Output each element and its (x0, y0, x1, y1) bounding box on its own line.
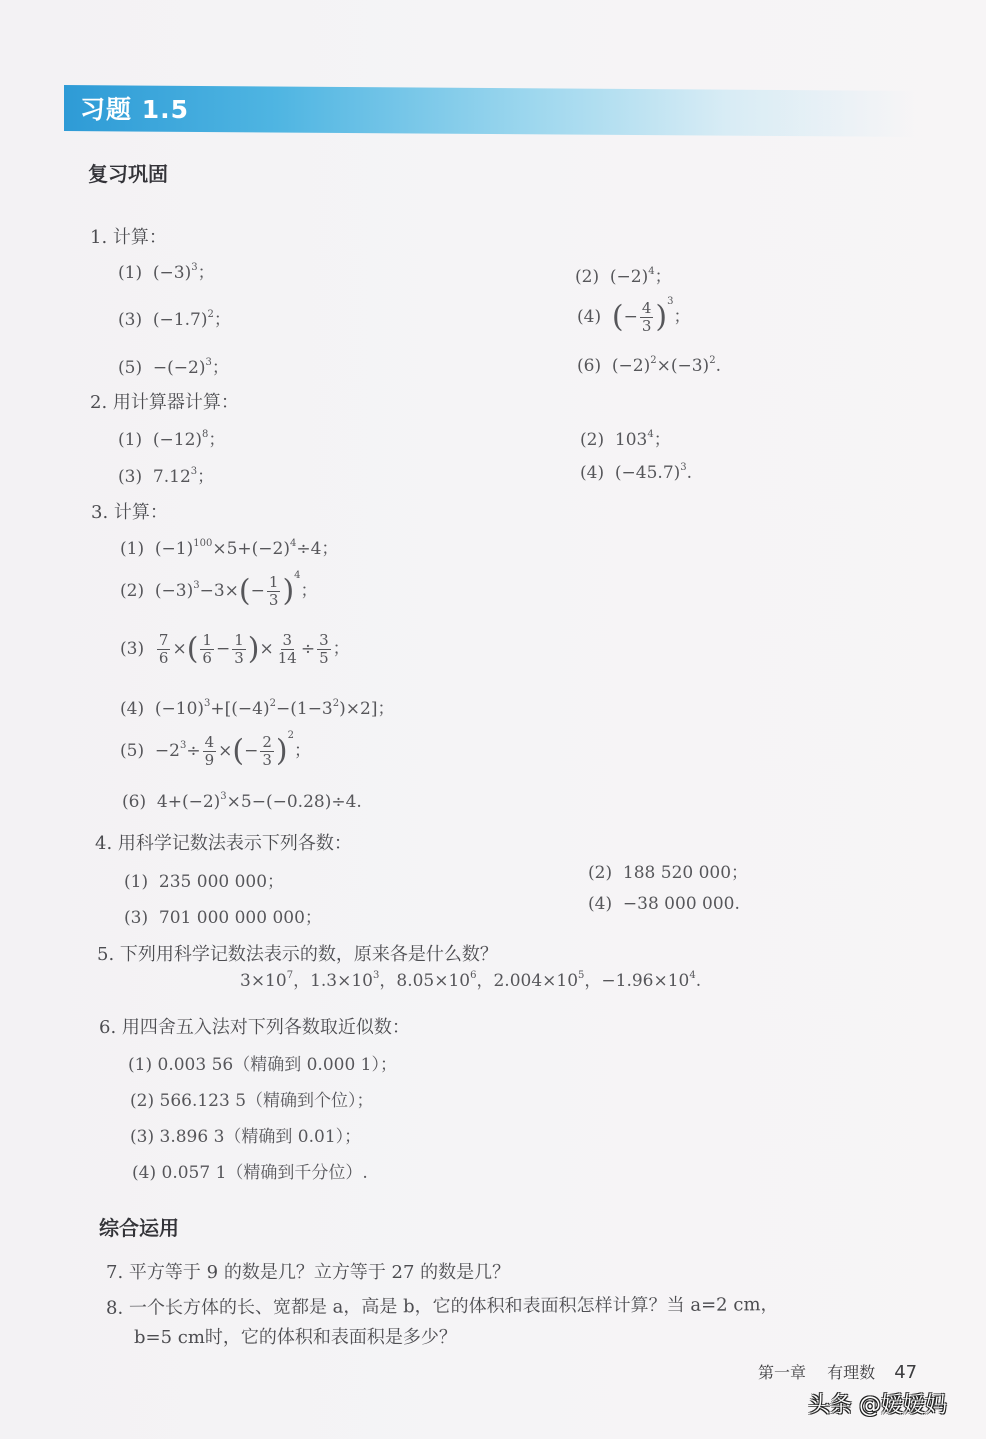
q3-item-6: (6) 4+(−2)3×5−(−0.28)÷4. (122, 791, 362, 812)
q4-item-4: (4) −38 000 000. (588, 894, 740, 914)
math-expression: 7.123； (153, 467, 214, 487)
q2-item-4: (4) (−45.7)3. (580, 462, 692, 483)
math-expression: 1034； (615, 430, 671, 450)
q3-item-4: (4) (−10)3+[(−4)2−(1−32)×2]； (120, 694, 394, 719)
question-prompt: 计算： (114, 502, 168, 523)
q1-item-5: (5) −(−2)3； (118, 353, 229, 378)
math-expression: 3×107，1.3×103，8.05×106，2.004×105，−1.96×1… (240, 971, 701, 991)
q1-item-4: (4) (−43)3； (577, 296, 691, 335)
q1-item-1: (1) (−3)3； (118, 258, 215, 283)
q3-item-3: (3) 76×(16−13)×314÷35； (120, 632, 350, 667)
question-prompt: 用四舍五入法对下列各数取近似数： (122, 1017, 410, 1038)
question-number: 2. (90, 392, 107, 413)
q6-item-2: (2) 566.123 5（精确到个位）； (130, 1086, 374, 1111)
math-expression: (−3)3−3×(−13)4； (155, 581, 318, 601)
question-prompt: 用计算器计算： (113, 392, 239, 413)
q4-item-1: (1) 235 000 000； (124, 867, 284, 892)
q2-item-2: (2) 1034； (580, 425, 671, 450)
question-prompt: 一个长方体的长、宽都是 a，高是 b，它的体积和表面积怎样计算？当 a=2 cm… (129, 1294, 779, 1318)
math-expression: (−1)100×5+(−2)4÷4； (155, 539, 339, 559)
question-4: 4. 用科学记数法表示下列各数： (95, 829, 352, 855)
q3-item-5: (5) −23÷49×(−23)2； (120, 730, 311, 769)
math-expression: −23÷49×(−23)2； (155, 741, 311, 761)
section-title-review: 复习巩固 (88, 158, 168, 187)
math-expression: (−43)3； (612, 307, 691, 327)
question-number: 6. (99, 1017, 116, 1038)
math-expression: 188 520 000； (623, 863, 748, 883)
question-prompt: 下列用科学记数法表示的数，原来各是什么数？ (120, 944, 498, 965)
q1-item-6: (6) (−2)2×(−3)2. (577, 355, 721, 376)
math-expression: 4+(−2)3×5−(−0.28)÷4. (157, 792, 362, 812)
question-2: 2. 用计算器计算： (90, 388, 239, 414)
question-number: 3. (91, 502, 108, 523)
math-expression: (−45.7)3. (615, 463, 692, 483)
q1-item-2: (2) (−2)4； (575, 262, 672, 287)
question-prompt-continued: b=5 cm时，它的体积和表面积是多少？ (134, 1327, 457, 1348)
math-expression: 235 000 000； (159, 872, 284, 892)
q1-item-3: (3) (−1.7)2； (118, 305, 231, 330)
math-expression: 0.057 1（精确到千分位）. (162, 1163, 368, 1183)
math-expression: (−2)2×(−3)2. (612, 356, 721, 376)
page-footer: 第一章 有理数 47 (758, 1360, 917, 1383)
chapter-label: 第一章 (758, 1363, 806, 1382)
q3-item-1: (1) (−1)100×5+(−2)4÷4； (120, 534, 338, 559)
math-expression: 0.003 56（精确到 0.000 1）； (158, 1055, 398, 1075)
question-8-line-2: b=5 cm时，它的体积和表面积是多少？ (134, 1323, 457, 1349)
question-number: 5. (97, 944, 114, 965)
q2-item-1: (1) (−12)8； (118, 425, 225, 450)
question-prompt: 用科学记数法表示下列各数： (118, 833, 352, 854)
q3-item-2: (2) (−3)3−3×(−13)4； (120, 570, 318, 609)
q6-item-1: (1) 0.003 56（精确到 0.000 1）； (128, 1050, 397, 1075)
chapter-name: 有理数 (827, 1363, 875, 1382)
q6-item-3: (3) 3.896 3（精确到 0.01）； (130, 1122, 361, 1147)
page-number: 47 (894, 1362, 917, 1383)
question-1: 1. 计算： (90, 223, 167, 249)
question-number: 4. (95, 833, 112, 854)
math-expression: (−3)3； (153, 263, 215, 283)
math-expression: −38 000 000. (623, 894, 740, 914)
question-number: 1. (90, 227, 107, 248)
q4-item-2: (2) 188 520 000； (588, 858, 748, 883)
watermark: 头条 @嫒嫒妈 (808, 1388, 947, 1419)
math-expression: 76×(16−13)×314÷35； (155, 639, 350, 659)
math-expression: 701 000 000 000； (159, 908, 322, 928)
q2-item-3: (3) 7.123； (118, 462, 214, 487)
question-7: 7. 平方等于 9 的数是几？立方等于 27 的数是几？ (106, 1258, 510, 1284)
q4-item-3: (3) 701 000 000 000； (124, 903, 322, 928)
section-title-application: 综合运用 (99, 1212, 179, 1241)
question-prompt: 计算： (113, 227, 167, 248)
math-expression: (−1.7)2； (153, 310, 231, 330)
exercise-title: 习题 1.5 (80, 90, 189, 130)
math-expression: 3.896 3（精确到 0.01）； (160, 1127, 362, 1147)
math-expression: (−2)4； (610, 267, 672, 287)
question-number: 7. (106, 1262, 123, 1283)
question-number: 8. (106, 1298, 123, 1319)
math-expression: 566.123 5（精确到个位）； (160, 1091, 374, 1111)
question-5: 5. 下列用科学记数法表示的数，原来各是什么数？ (97, 940, 498, 966)
q5-numbers: 3×107，1.3×103，8.05×106，2.004×105，−1.96×1… (240, 966, 701, 991)
question-3: 3. 计算： (91, 498, 168, 524)
q6-item-4: (4) 0.057 1（精确到千分位）. (132, 1158, 368, 1183)
math-expression: (−12)8； (153, 430, 226, 450)
question-8: 8. 一个长方体的长、宽都是 a，高是 b，它的体积和表面积怎样计算？当 a=2… (106, 1290, 779, 1320)
question-6: 6. 用四舍五入法对下列各数取近似数： (99, 1013, 410, 1039)
exercise-banner (64, 85, 914, 137)
math-expression: (−10)3+[(−4)2−(1−32)×2]； (155, 699, 395, 719)
question-prompt: 平方等于 9 的数是几？立方等于 27 的数是几？ (129, 1262, 510, 1283)
math-expression: −(−2)3； (153, 358, 229, 378)
textbook-page: 习题 1.5 复习巩固 1. 计算： (1) (−3)3； (2) (−2)4；… (0, 0, 986, 1439)
